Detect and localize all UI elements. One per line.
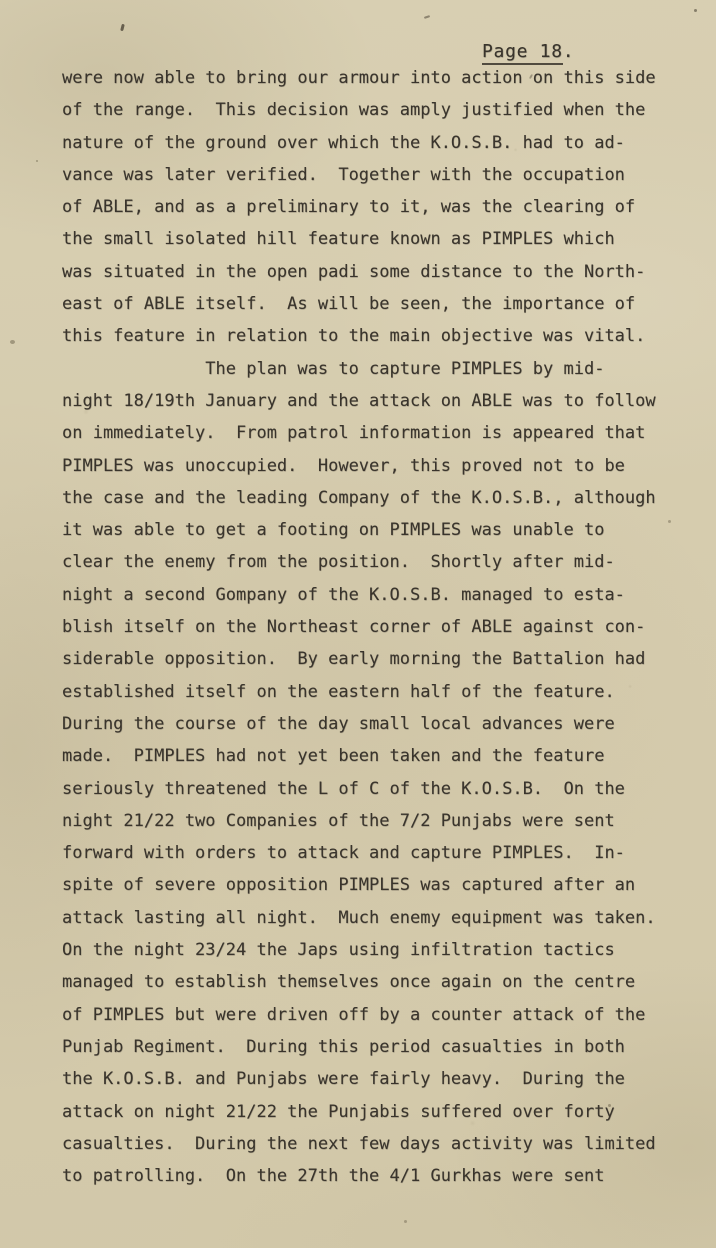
text-line: night 18/19th January and the attack on … xyxy=(62,385,662,417)
text-line: During the course of the day small local… xyxy=(62,708,662,740)
text-line: of ABLE, and as a preliminary to it, was… xyxy=(62,191,662,223)
text-line: night 21/22 two Companies of the 7/2 Pun… xyxy=(62,805,662,837)
paper-speck xyxy=(36,160,38,162)
text-line: Punjab Regiment. During this period casu… xyxy=(62,1031,662,1063)
paper-speck xyxy=(694,9,697,12)
text-line: the case and the leading Company of the … xyxy=(62,482,662,514)
text-line: vance was later verified. Together with … xyxy=(62,159,662,191)
page-number-period: . xyxy=(563,41,575,62)
paper-speck xyxy=(404,1220,407,1223)
text-line: attack on night 21/22 the Punjabis suffe… xyxy=(62,1096,662,1128)
text-line: The plan was to capture PIMPLES by mid- xyxy=(62,353,662,385)
page-body: were now able to bring our armour into a… xyxy=(62,62,662,1192)
text-line: on immediately. From patrol information … xyxy=(62,417,662,449)
text-line: night a second Gompany of the K.O.S.B. m… xyxy=(62,579,662,611)
text-line: attack lasting all night. Much enemy equ… xyxy=(62,902,662,934)
text-line: the K.O.S.B. and Punjabs were fairly hea… xyxy=(62,1063,662,1095)
text-line: of the range. This decision was amply ju… xyxy=(62,94,662,126)
text-line: the small isolated hill feature known as… xyxy=(62,223,662,255)
text-line: spite of severe opposition PIMPLES was c… xyxy=(62,869,662,901)
paper-speck xyxy=(424,15,430,19)
text-line: it was able to get a footing on PIMPLES … xyxy=(62,514,662,546)
text-line: established itself on the eastern half o… xyxy=(62,676,662,708)
text-line: siderable opposition. By early morning t… xyxy=(62,643,662,675)
document-page: Page 18. were now able to bring our armo… xyxy=(0,0,716,1248)
text-line: On the night 23/24 the Japs using infilt… xyxy=(62,934,662,966)
text-line: forward with orders to attack and captur… xyxy=(62,837,662,869)
paper-speck xyxy=(10,340,15,344)
text-line: managed to establish themselves once aga… xyxy=(62,966,662,998)
text-line: clear the enemy from the position. Short… xyxy=(62,546,662,578)
text-line: of PIMPLES but were driven off by a coun… xyxy=(62,999,662,1031)
text-line: seriously threatened the L of C of the K… xyxy=(62,773,662,805)
text-line: nature of the ground over which the K.O.… xyxy=(62,127,662,159)
text-line: to patrolling. On the 27th the 4/1 Gurkh… xyxy=(62,1160,662,1192)
text-line: east of ABLE itself. As will be seen, th… xyxy=(62,288,662,320)
text-line: blish itself on the Northeast corner of … xyxy=(62,611,662,643)
text-line: casualties. During the next few days act… xyxy=(62,1128,662,1160)
text-line: was situated in the open padi some dista… xyxy=(62,256,662,288)
page-number: Page 18. xyxy=(482,41,574,62)
text-line: PIMPLES was unoccupied. However, this pr… xyxy=(62,450,662,482)
text-line: made. PIMPLES had not yet been taken and… xyxy=(62,740,662,772)
paper-speck xyxy=(668,520,671,523)
paper-speck xyxy=(120,24,125,32)
text-line: were now able to bring our armour into a… xyxy=(62,62,662,94)
text-line: this feature in relation to the main obj… xyxy=(62,320,662,352)
